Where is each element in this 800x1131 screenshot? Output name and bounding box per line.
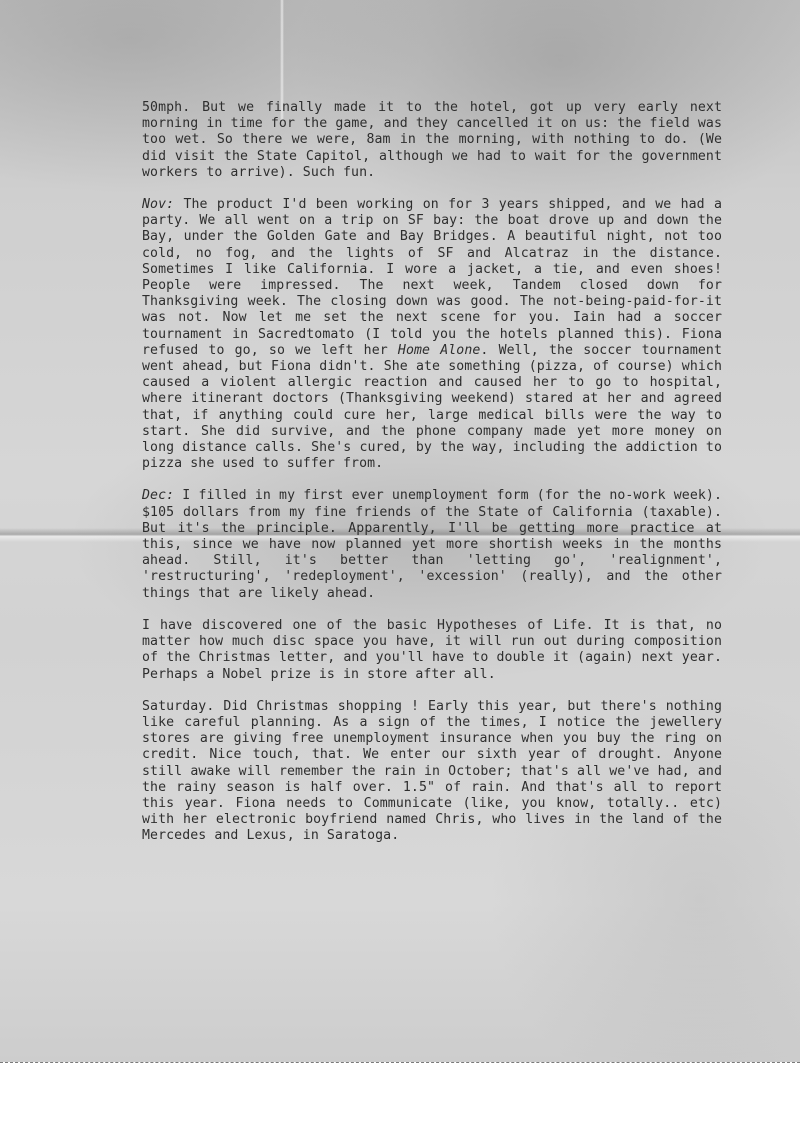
paragraph-text: I have discovered one of the basic Hypot… xyxy=(142,618,722,682)
paragraph-text: The product I'd been working on for 3 ye… xyxy=(142,197,722,358)
paragraph-text: Saturday. Did Christmas shopping ! Early… xyxy=(142,699,722,844)
paragraph-text: I filled in my first ever unemployment f… xyxy=(142,488,722,600)
movie-title: Home Alone xyxy=(398,343,481,358)
month-label-dec: Dec: xyxy=(142,488,174,503)
paragraph-text-continued: . Well, the soccer tournament went ahead… xyxy=(142,343,722,471)
paragraph-hypothesis: I have discovered one of the basic Hypot… xyxy=(142,618,722,683)
letter-body: 50mph. But we finally made it to the hot… xyxy=(142,100,722,861)
paragraph-trip-conclusion: 50mph. But we finally made it to the hot… xyxy=(142,100,722,181)
paragraph-text: 50mph. But we finally made it to the hot… xyxy=(142,100,722,180)
paragraph-saturday: Saturday. Did Christmas shopping ! Early… xyxy=(142,699,722,845)
paragraph-december: Dec: I filled in my first ever unemploym… xyxy=(142,488,722,601)
paper-bottom-edge xyxy=(0,1056,800,1063)
month-label-nov: Nov: xyxy=(142,197,174,212)
paragraph-november: Nov: The product I'd been working on for… xyxy=(142,197,722,472)
